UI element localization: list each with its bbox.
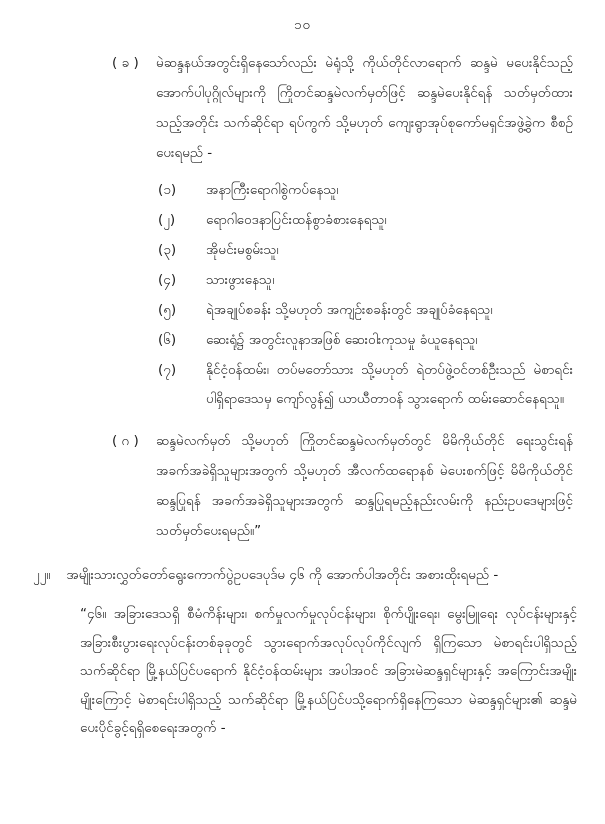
section-22-text: အမျိုးသားလွှတ်တော်ရွေးကောက်ပွဲဥပဒေပုဒ်မ … — [66, 567, 498, 583]
list-item-3-label: (၃) — [158, 236, 206, 265]
document-page: ၁၀ ( ခ ) မဲဆန္ဒနယ်အတွင်းရှိနေသော်လည်း မဲ… — [0, 0, 605, 824]
clause-ga: ( ဂ ) ဆန္ဒမဲလက်မှတ် သို့မဟုတ် ကြိုတင်ဆန္… — [112, 426, 573, 546]
section-22-number: ၂၂။ — [33, 560, 50, 590]
list-item-7: (၇) နိုင်ငံ့ဝန်ထမ်း၊ တပ်မတော်သား သို့မဟု… — [158, 356, 573, 414]
list-item-2: (၂) ရောဂါဝေဒနာပြင်းထန်စွာခံစားနေရသူ၊ — [158, 206, 573, 235]
clause-kha: ( ခ ) မဲဆန္ဒနယ်အတွင်းရှိနေသော်လည်း မဲရုံ… — [112, 48, 573, 168]
list-item-2-text: ရောဂါဝေဒနာပြင်းထန်စွာခံစားနေရသူ၊ — [206, 206, 573, 235]
list-item-7-text: နိုင်ငံ့ဝန်ထမ်း၊ တပ်မတော်သား သို့မဟုတ် ရ… — [206, 356, 573, 414]
page-number: ၁၀ — [0, 0, 605, 36]
clause-ga-label: ( ဂ ) — [112, 426, 156, 546]
clause-kha-sublist: (၁) အနာကြီးရောဂါစွဲကပ်နေသူ၊ (၂) ရောဂါဝေဒ… — [158, 176, 573, 414]
list-item-4-label: (၄) — [158, 266, 206, 295]
list-item-4-text: သားဖွားနေသူ၊ — [206, 266, 573, 295]
list-item-7-label: (၇) — [158, 356, 206, 414]
clause-kha-label: ( ခ ) — [112, 48, 156, 168]
list-item-5-label: (၅) — [158, 296, 206, 325]
list-item-6-label: (၆) — [158, 326, 206, 355]
list-item-1-label: (၁) — [158, 176, 206, 205]
list-item-5: (၅) ရဲအချုပ်စခန်း သို့မဟုတ် အကျဉ်းစခန်းတ… — [158, 296, 573, 325]
list-item-6: (၆) ဆေးရုံ၌ အတွင်းလူနာအဖြစ် ဆေးဝါးကုသမှု… — [158, 326, 573, 355]
section-22-paragraph: ၂၂။အမျိုးသားလွှတ်တော်ရွေးကောက်ပွဲဥပဒေပုဒ… — [33, 560, 575, 590]
list-item-6-text: ဆေးရုံ၌ အတွင်းလူနာအဖြစ် ဆေးဝါးကုသမှု ခံယ… — [206, 326, 573, 355]
list-item-5-text: ရဲအချုပ်စခန်း သို့မဟုတ် အကျဉ်းစခန်းတွင် … — [206, 296, 573, 325]
list-item-3-text: အိုမင်းမစွမ်းသူ၊ — [206, 236, 573, 265]
list-item-1: (၁) အနာကြီးရောဂါစွဲကပ်နေသူ၊ — [158, 176, 573, 205]
list-item-1-text: အနာကြီးရောဂါစွဲကပ်နေသူ၊ — [206, 176, 573, 205]
list-item-4: (၄) သားဖွားနေသူ၊ — [158, 266, 573, 295]
clause-ga-text: ဆန္ဒမဲလက်မှတ် သို့မဟုတ် ကြိုတင်ဆန္ဒမဲလက်… — [156, 426, 573, 546]
clause-kha-text: မဲဆန္ဒနယ်အတွင်းရှိနေသော်လည်း မဲရုံသို့ က… — [156, 48, 573, 168]
quote-section-46: “၄၆။ အခြားဒေသရှိ စီမံကိန်းများ၊ စက်မှုလက… — [80, 600, 577, 743]
list-item-2-label: (၂) — [158, 206, 206, 235]
list-item-3: (၃) အိုမင်းမစွမ်းသူ၊ — [158, 236, 573, 265]
